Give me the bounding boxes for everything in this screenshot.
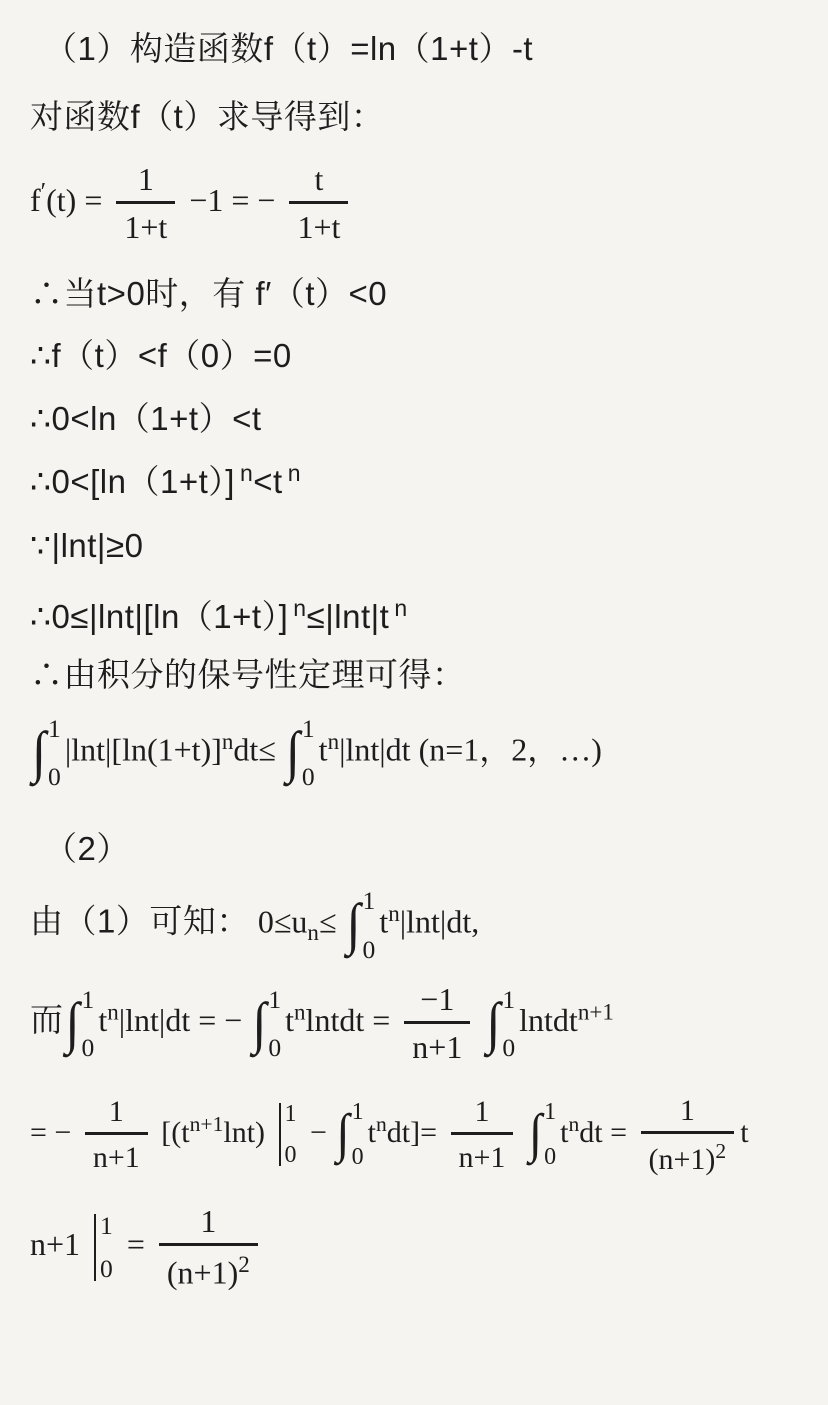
math-token: n+1 xyxy=(30,1225,80,1261)
fraction-denominator: n+1 xyxy=(404,1030,470,1065)
integral-0-to-1: ∫10 xyxy=(336,1100,363,1170)
fraction-bar xyxy=(451,1132,514,1135)
line-f-less-f0: ∴f（t）<f（0）=0 xyxy=(30,337,810,375)
exponent-n-plus-1: n+1 xyxy=(190,1111,224,1135)
line-sign-preserving-theorem: ∴由积分的保号性定理可得： xyxy=(30,656,810,694)
exponent-2: 2 xyxy=(238,1251,250,1277)
math-token: 0≤u xyxy=(258,903,308,939)
exponent-2: 2 xyxy=(715,1139,726,1163)
integral-0-to-1: ∫10 xyxy=(347,888,376,962)
evaluation-bar-0-to-1: 10 xyxy=(279,1102,297,1167)
fraction-1-over-n-plus-1: 1n+1 xyxy=(451,1095,514,1174)
integral-sign: ∫ xyxy=(529,1112,542,1158)
fraction-denominator: (n+1)2 xyxy=(641,1140,735,1176)
text-segment: <t xyxy=(253,463,282,500)
exponent-n: n xyxy=(294,999,306,1025)
integral-sign: ∫ xyxy=(66,1000,80,1049)
fraction-1-over-n-plus-1-squared: 1(n+1)2 xyxy=(159,1204,258,1291)
fraction-bar xyxy=(641,1131,735,1134)
integral-upper-limit: 1 xyxy=(82,987,95,1013)
evaluation-lower-limit: 0 xyxy=(285,1143,297,1167)
integral-sign: ∫ xyxy=(336,1112,349,1158)
math-token: |lnt|dt = − xyxy=(119,1002,251,1038)
integral-sign: ∫ xyxy=(252,1000,266,1049)
integral-lower-limit: 0 xyxy=(363,937,376,963)
math-token-mid: −1 = − xyxy=(189,182,283,218)
fraction-denominator: n+1 xyxy=(451,1141,514,1174)
fraction-1-over-n-plus-1: 1n+1 xyxy=(85,1095,148,1174)
line-power-inequality: ∴0<[ln（1+t）]n<tn xyxy=(30,460,810,501)
integral-0-to-1: ∫10 xyxy=(252,987,281,1061)
fraction-one-over-1-plus-t: 11+t xyxy=(116,162,175,245)
integral-upper-limit: 1 xyxy=(302,716,315,742)
math-token: lnt) xyxy=(223,1115,272,1148)
integral-sign: ∫ xyxy=(32,729,46,778)
math-token-f: f xyxy=(30,182,41,218)
evaluation-bar-line xyxy=(94,1214,96,1281)
line-ln-inequality: ∴0<ln（1+t）<t xyxy=(30,400,810,438)
exponent-n: n xyxy=(376,1111,387,1135)
integral-upper-limit: 1 xyxy=(48,716,61,742)
text-segment: ≤|lnt|t xyxy=(307,598,390,635)
step1-heading: （1）构造函数f（t）=ln（1+t）-t xyxy=(30,30,810,68)
integral-sign: ∫ xyxy=(286,729,300,778)
math-solution-document: （1）构造函数f（t）=ln（1+t）-t 对函数f（t）求导得到： f′(t)… xyxy=(0,0,828,1301)
integral-0-to-1: ∫10 xyxy=(66,987,95,1061)
math-token: t xyxy=(98,1002,107,1038)
exponent-n: n xyxy=(222,728,234,754)
from-part1-label: 由（1）可知： xyxy=(30,902,250,939)
fraction-numerator: 1 xyxy=(130,162,162,197)
math-token: t xyxy=(285,1002,294,1038)
exponent-n: n xyxy=(293,595,306,621)
integral-upper-limit: 1 xyxy=(544,1100,556,1124)
integral-inequality: ∫10|lnt|[ln(1+t)]ndt≤ ∫10tn|lnt|dt (n=1，… xyxy=(30,716,810,790)
while-label: 而 xyxy=(30,1001,64,1038)
fraction-bar xyxy=(289,201,348,204)
exponent-n-plus-1: n+1 xyxy=(578,999,614,1025)
exponent-n: n xyxy=(288,460,301,486)
math-token: dt≤ xyxy=(233,731,283,767)
exponent-n: n xyxy=(388,900,400,926)
u-n-bound: 由（1）可知： 0≤un≤ ∫10tn|lnt|dt, xyxy=(30,888,810,962)
fraction-numerator: t xyxy=(306,162,331,197)
math-token: lntdt xyxy=(519,1002,578,1038)
math-token: |lnt|dt (n=1，2，…) xyxy=(339,731,602,767)
math-token: |lnt|dt, xyxy=(400,903,479,939)
subscript-n: n xyxy=(307,919,319,945)
evaluation-lower-limit: 0 xyxy=(100,1256,113,1282)
math-token: − xyxy=(310,1115,334,1148)
exponent-n: n xyxy=(240,460,253,486)
fraction-numerator: 1 xyxy=(672,1094,703,1127)
integral-upper-limit: 1 xyxy=(352,1100,364,1124)
fraction-denominator: 1+t xyxy=(289,210,348,245)
exponent-n: n xyxy=(394,595,407,621)
math-token: t xyxy=(368,1115,376,1148)
integration-step-1: 而∫10tn|lnt|dt = − ∫10tnlntdt = −1n+1 ∫10… xyxy=(30,982,810,1065)
fraction-denominator: (n+1)2 xyxy=(159,1252,258,1291)
fraction-numerator: 1 xyxy=(466,1095,497,1128)
exponent-n: n xyxy=(568,1111,579,1135)
fraction-neg1-over-n-plus-1: −1n+1 xyxy=(404,982,470,1065)
fraction-denominator: n+1 xyxy=(85,1141,148,1174)
integral-upper-limit: 1 xyxy=(363,888,376,914)
step2-heading: （2） xyxy=(30,830,810,868)
integral-lower-limit: 0 xyxy=(82,1035,95,1061)
evaluation-upper-limit: 1 xyxy=(285,1102,297,1126)
fraction-denominator: 1+t xyxy=(116,210,175,245)
math-token: lntdt = xyxy=(306,1002,399,1038)
fraction-numerator: −1 xyxy=(412,982,462,1017)
math-token-lhs: (t) = xyxy=(46,182,110,218)
math-token: = xyxy=(127,1225,153,1261)
integral-0-to-1: ∫10 xyxy=(32,716,61,790)
exponent-n: n xyxy=(107,999,119,1025)
line-f-prime-negative: ∴当t>0时，有 f′（t）<0 xyxy=(30,275,810,313)
integral-sign: ∫ xyxy=(486,1000,500,1049)
line-abs-lnt-nonneg: ∵|lnt|≥0 xyxy=(30,527,810,565)
integral-0-to-1: ∫10 xyxy=(486,987,515,1061)
evaluation-bar-line xyxy=(279,1103,281,1166)
integral-lower-limit: 0 xyxy=(502,1035,515,1061)
integral-lower-limit: 0 xyxy=(302,764,315,790)
fraction-bar xyxy=(116,201,175,204)
integral-lower-limit: 0 xyxy=(268,1035,281,1061)
integral-upper-limit: 1 xyxy=(268,987,281,1013)
math-token: t xyxy=(319,731,328,767)
integral-upper-limit: 1 xyxy=(502,987,515,1013)
text-segment: ∴0<[ln（1+t）] xyxy=(30,463,235,500)
text-segment: ∴0≤|lnt|[ln（1+t）] xyxy=(30,598,288,635)
evaluation-bar-0-to-1: 10 xyxy=(94,1213,113,1282)
integral-lower-limit: 0 xyxy=(48,764,61,790)
math-token: ≤ xyxy=(319,903,345,939)
derivative-intro: 对函数f（t）求导得到： xyxy=(30,98,810,136)
evaluation-upper-limit: 1 xyxy=(100,1213,113,1239)
final-result: n+1 10 = 1(n+1)2 xyxy=(30,1204,810,1291)
math-token: dt]= xyxy=(387,1115,445,1148)
integral-sign: ∫ xyxy=(347,901,361,950)
fraction-1-over-n-plus-1-squared: 1(n+1)2 xyxy=(641,1094,735,1176)
exponent-n: n xyxy=(328,728,340,754)
denominator-base: (n+1) xyxy=(649,1143,716,1176)
fraction-bar xyxy=(404,1021,470,1024)
integral-0-to-1: ∫10 xyxy=(286,716,315,790)
denominator-base: (n+1) xyxy=(167,1254,238,1290)
fraction-t-over-1-plus-t: t1+t xyxy=(289,162,348,245)
fraction-numerator: 1 xyxy=(192,1204,224,1239)
fraction-bar xyxy=(85,1132,148,1135)
derivative-formula: f′(t) = 11+t −1 = − t1+t xyxy=(30,162,810,245)
integral-lower-limit: 0 xyxy=(544,1145,556,1169)
fraction-numerator: 1 xyxy=(101,1095,132,1128)
integration-step-2: = − 1n+1 [(tn+1lnt) 10 − ∫10tndt]= 1n+1 … xyxy=(30,1094,810,1176)
line-abs-product-inequality: ∴0≤|lnt|[ln（1+t）]n≤|lnt|tn xyxy=(30,595,810,636)
integral-0-to-1: ∫10 xyxy=(529,1100,556,1170)
integral-lower-limit: 0 xyxy=(352,1145,364,1169)
math-token: t xyxy=(740,1115,748,1148)
fraction-bar xyxy=(159,1243,258,1246)
math-token: [(t xyxy=(161,1115,189,1148)
math-token: |lnt|[ln(1+t)] xyxy=(65,731,222,767)
math-token: dt = xyxy=(579,1115,634,1148)
math-token: t xyxy=(379,903,388,939)
math-token: = − xyxy=(30,1115,79,1148)
